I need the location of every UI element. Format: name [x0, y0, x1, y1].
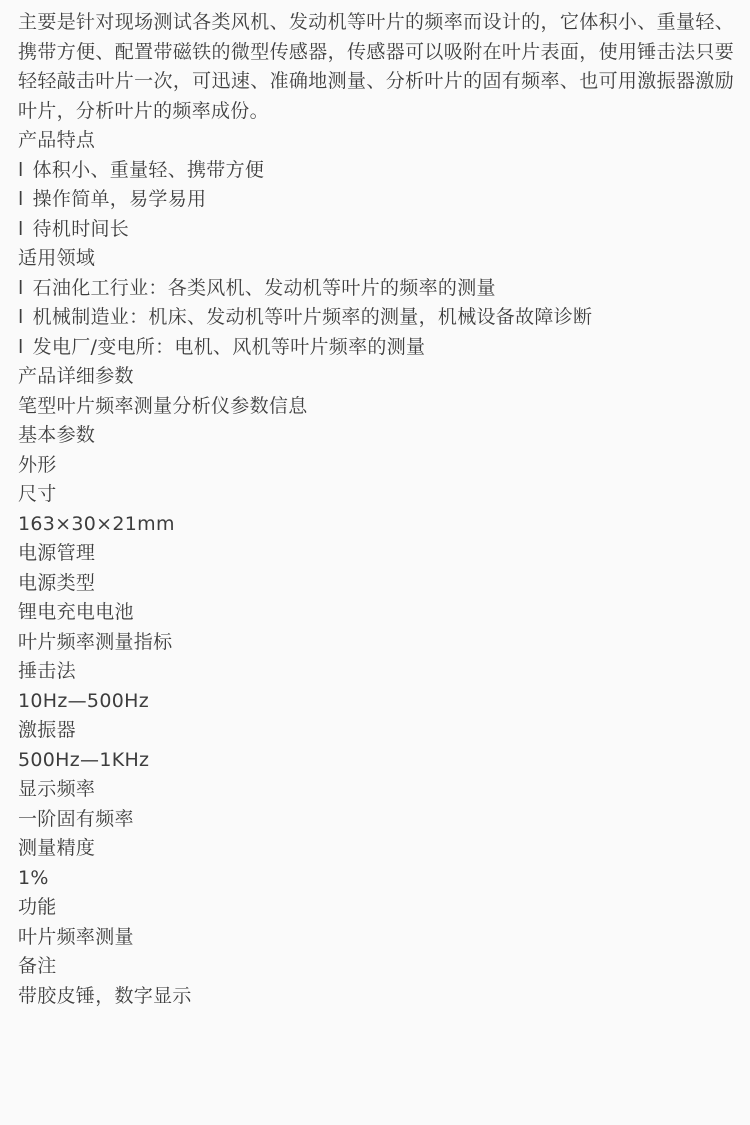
spec-line: 163×30×21mm — [18, 510, 734, 540]
spec-line: 电源类型 — [18, 569, 734, 599]
spec-line: 1% — [18, 864, 734, 894]
feature-item: l待机时间长 — [18, 215, 734, 245]
applications-heading: 适用领域 — [18, 244, 734, 274]
application-item-text: 石油化工行业：各类风机、发动机等叶片的频率的测量 — [33, 277, 496, 299]
spec-line: 叶片频率测量指标 — [18, 628, 734, 658]
product-description-page: 主要是针对现场测试各类风机、发动机等叶片的频率而设计的，它体积小、重量轻、携带方… — [0, 0, 750, 1011]
application-item: l机械制造业：机床、发动机等叶片频率的测量，机械设备故障诊断 — [18, 303, 734, 333]
bullet-marker: l — [18, 303, 24, 333]
spec-line: 带胶皮锤，数字显示 — [18, 982, 734, 1012]
bullet-marker: l — [18, 333, 24, 363]
spec-line: 功能 — [18, 893, 734, 923]
feature-item: l操作简单，易学易用 — [18, 185, 734, 215]
bullet-marker: l — [18, 185, 24, 215]
bullet-marker: l — [18, 215, 24, 245]
spec-line: 基本参数 — [18, 421, 734, 451]
spec-line: 叶片频率测量 — [18, 923, 734, 953]
spec-line: 备注 — [18, 952, 734, 982]
spec-line: 电源管理 — [18, 539, 734, 569]
spec-line: 一阶固有频率 — [18, 805, 734, 835]
feature-item-text: 待机时间长 — [33, 218, 130, 240]
intro-paragraph: 主要是针对现场测试各类风机、发动机等叶片的频率而设计的，它体积小、重量轻、携带方… — [18, 8, 734, 126]
spec-line: 捶击法 — [18, 657, 734, 687]
application-item: l石油化工行业：各类风机、发动机等叶片的频率的测量 — [18, 274, 734, 304]
spec-line: 尺寸 — [18, 480, 734, 510]
application-item: l发电厂/变电所：电机、风机等叶片频率的测量 — [18, 333, 734, 363]
spec-line: 外形 — [18, 451, 734, 481]
application-item-text: 机械制造业：机床、发动机等叶片频率的测量，机械设备故障诊断 — [33, 306, 593, 328]
application-item-text: 发电厂/变电所：电机、风机等叶片频率的测量 — [33, 336, 426, 358]
spec-line: 10Hz—500Hz — [18, 687, 734, 717]
spec-line: 激振器 — [18, 716, 734, 746]
spec-line: 500Hz—1KHz — [18, 746, 734, 776]
feature-item: l体积小、重量轻、携带方便 — [18, 156, 734, 186]
feature-item-text: 体积小、重量轻、携带方便 — [33, 159, 265, 181]
specs-heading: 产品详细参数 — [18, 362, 734, 392]
features-heading: 产品特点 — [18, 126, 734, 156]
spec-line: 测量精度 — [18, 834, 734, 864]
spec-line: 显示频率 — [18, 775, 734, 805]
spec-line: 锂电充电电池 — [18, 598, 734, 628]
bullet-marker: l — [18, 274, 24, 304]
bullet-marker: l — [18, 156, 24, 186]
specs-subheading: 笔型叶片频率测量分析仪参数信息 — [18, 392, 734, 422]
feature-item-text: 操作简单，易学易用 — [33, 188, 207, 210]
